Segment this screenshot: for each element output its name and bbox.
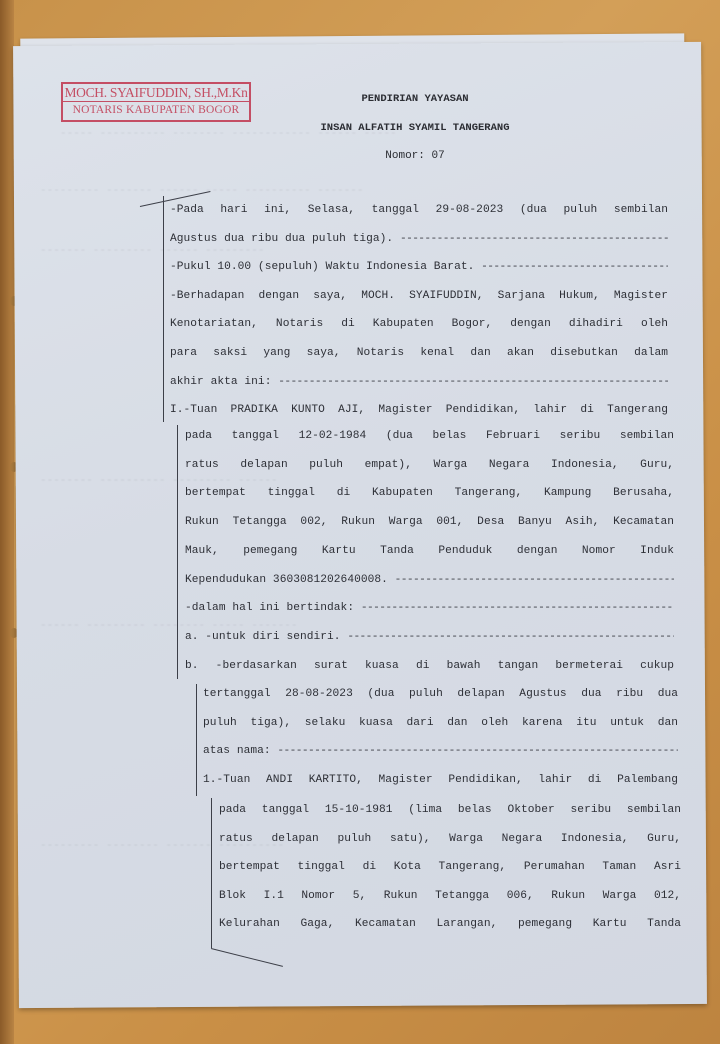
deed-text-line: tertanggal 28-08-2023 (dua puluh delapan… xyxy=(203,688,678,700)
stamp-notary-office: NOTARIS KABUPATEN BOGOR xyxy=(63,104,249,116)
line-text: -Pukul 10.00 (sepuluh) Waktu Indonesia B… xyxy=(170,261,481,273)
dash-filler: ----------------------------------------… xyxy=(361,602,674,614)
dash-filler: ----------------------------------------… xyxy=(277,745,678,757)
margin-bar-party-two xyxy=(211,798,212,948)
deed-text-line: bertempat tinggal di Kota Tangerang, Per… xyxy=(219,861,681,873)
deed-text-line: Rukun Tetangga 002, Rukun Warga 001, Des… xyxy=(185,516,674,528)
deed-text-line: -Pada hari ini, Selasa, tanggal 29-08-20… xyxy=(170,204,668,216)
dash-filler: ----------------------------------------… xyxy=(395,574,674,586)
line-text: akhir akta ini: xyxy=(170,376,278,388)
deed-text-line: pada tanggal 12-02-1984 (dua belas Febru… xyxy=(185,430,674,442)
margin-bar-power-of-attorney xyxy=(196,684,197,796)
deed-text-line: Agustus dua ribu dua puluh tiga). ------… xyxy=(170,233,668,245)
line-text: Kependudukan 3603081202640008. xyxy=(185,574,395,586)
line-text: a. -untuk diri sendiri. xyxy=(185,631,347,643)
document-title: PENDIRIAN YAYASAN xyxy=(280,93,550,105)
deed-text-line: -Berhadapan dengan saya, MOCH. SYAIFUDDI… xyxy=(170,290,668,302)
line-text: -dalam hal ini bertindak: xyxy=(185,602,361,614)
deed-text-line: Kependudukan 3603081202640008. ---------… xyxy=(185,574,674,586)
dash-filler: ----------------------------------------… xyxy=(400,233,668,245)
dash-filler: ----------------------------------------… xyxy=(347,631,674,643)
deed-text-line: -Pukul 10.00 (sepuluh) Waktu Indonesia B… xyxy=(170,261,668,273)
deed-text-line: ratus delapan puluh empat), Warga Negara… xyxy=(185,459,674,471)
deed-number: Nomor: 07 xyxy=(280,150,550,162)
envelope-edge xyxy=(0,0,14,1044)
margin-bar-party-one xyxy=(177,425,178,679)
foundation-name: INSAN ALFATIH SYAMIL TANGERANG xyxy=(280,122,550,134)
deed-text-line: ratus delapan puluh satu), Warga Negara … xyxy=(219,833,681,845)
deed-text-line: a. -untuk diri sendiri. ----------------… xyxy=(185,631,674,643)
deed-text-line: 1.-Tuan ANDI KARTITO, Magister Pendidika… xyxy=(203,774,678,786)
deed-text-line: atas nama: -----------------------------… xyxy=(203,745,678,757)
deed-text-line: puluh tiga), selaku kuasa dari dan oleh … xyxy=(203,717,678,729)
notary-stamp: MOCH. SYAIFUDDIN, SH.,M.Kn NOTARIS KABUP… xyxy=(61,82,251,122)
line-text: Agustus dua ribu dua puluh tiga). xyxy=(170,233,400,245)
deed-text-line: akhir akta ini: ------------------------… xyxy=(170,376,668,388)
stamp-notary-name: MOCH. SYAIFUDDIN, SH.,M.Kn xyxy=(63,86,249,102)
deed-text-line: Kelurahan Gaga, Kecamatan Larangan, peme… xyxy=(219,918,681,930)
deed-text-line: b. -berdasarkan surat kuasa di bawah tan… xyxy=(185,660,674,672)
deed-text-line: pada tanggal 15-10-1981 (lima belas Okto… xyxy=(219,804,681,816)
deed-text-line: bertempat tinggal di Kabupaten Tangerang… xyxy=(185,487,674,499)
deed-text-line: para saksi yang saya, Notaris kenal dan … xyxy=(170,347,668,359)
deed-text-line: Mauk, pemegang Kartu Tanda Penduduk deng… xyxy=(185,545,674,557)
dash-filler: ----------------------------------------… xyxy=(278,376,668,388)
deed-text-line: -dalam hal ini bertindak: --------------… xyxy=(185,602,674,614)
line-text: atas nama: xyxy=(203,745,277,757)
deed-text-line: I.-Tuan PRADIKA KUNTO AJI, Magister Pend… xyxy=(170,404,668,416)
deed-text-line: Blok I.1 Nomor 5, Rukun Tetangga 006, Ru… xyxy=(219,890,681,902)
margin-bar-opening xyxy=(163,196,164,422)
deed-text-line: Kenotariatan, Notaris di Kabupaten Bogor… xyxy=(170,318,668,330)
dash-filler: ---------------------------------------- xyxy=(481,261,668,273)
